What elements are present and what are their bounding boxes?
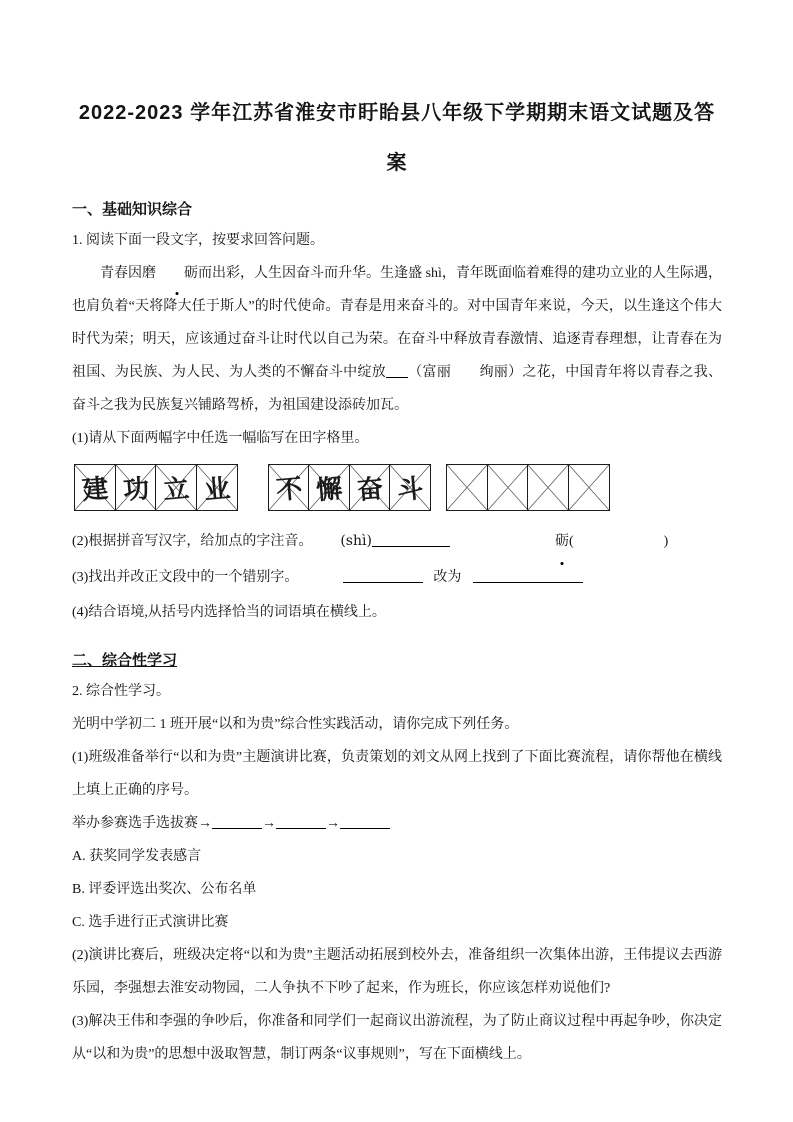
grid-diagonals-icon (447, 465, 487, 510)
arrow-icon: → (262, 816, 276, 831)
q1-sub2-label: (2)根据拼音写汉字，给加点的字注音。 (72, 534, 312, 549)
grid-cell-empty (487, 464, 529, 511)
grid-cell-empty (568, 464, 610, 511)
grid-cell: 功 (115, 464, 157, 511)
q1-stem: 1. 阅读下面一段文字，按要求回答问题。 (72, 224, 722, 257)
grid-group-jiangongliye: 建 功 立 业 (74, 464, 238, 511)
q1-sub2: (2)根据拼音写汉字，给加点的字注音。(shì)砺() (72, 523, 722, 560)
section2-heading: 二、综合性学习 (72, 647, 722, 675)
q1-sub3-mid: 改为 (433, 570, 461, 585)
grid-cell-empty (446, 464, 488, 511)
grid-character: 建 (73, 463, 117, 511)
grid-character: 不 (267, 463, 311, 511)
section1-heading: 一、基础知识综合 (72, 196, 722, 224)
answer-blank (343, 567, 423, 583)
q2-intro: 光明中学初二 1 班开展“以和为贵”综合性实践活动，请你完成下列任务。 (72, 708, 722, 741)
answer-blank (276, 813, 326, 829)
option-c: C. 选手进行正式演讲比赛 (72, 906, 722, 939)
grid-cell-empty (527, 464, 569, 511)
grid-cell: 奋 (349, 464, 391, 511)
grid-character: 立 (154, 463, 198, 511)
answer-blank (340, 813, 390, 829)
q1-passage: 青春因磨砺而出彩，人生因奋斗而升华。生逢盛 shì，青年既面临着难得的建功立业的… (72, 257, 722, 422)
grid-cell: 立 (155, 464, 197, 511)
passage-text-1: 青春因磨 (100, 266, 156, 281)
grid-character: 懈 (307, 463, 351, 511)
q1-sub1: (1)请从下面两幅字中任选一幅临写在田字格里。 (72, 422, 722, 455)
q2-sub1: (1)班级准备举行“以和为贵”主题演讲比赛，负责策划的刘文从网上找到了下面比赛流… (72, 741, 722, 807)
answer-blank (473, 567, 583, 583)
q2-sub2: (2)演讲比赛后，班级决定将“以和为贵”主题活动拓展到校外去，准备组织一次集体出… (72, 939, 722, 1005)
q2-stem: 2. 综合性学习。 (72, 675, 722, 708)
q1-sub3: (3)找出并改正文段中的一个错别字。改为 (72, 560, 722, 596)
grid-diagonals-icon (488, 465, 528, 510)
arrow-icon: → (326, 816, 340, 831)
pinyin-prompt: (shì) (340, 533, 372, 549)
paren-close: ) (664, 534, 669, 549)
grid-character: 功 (114, 463, 158, 511)
copybook-grids: 建 功 立 业 不 懈 (74, 464, 722, 511)
paren-open: ( (569, 534, 574, 549)
q1-sub4: (4)结合语境,从括号内选择恰当的词语填在横线上。 (72, 596, 722, 629)
grid-character: 斗 (388, 463, 432, 511)
grid-character: 业 (195, 463, 239, 511)
dotted-character-li: 砺 (156, 257, 198, 290)
grid-diagonals-icon (569, 465, 609, 510)
arrow-icon: → (198, 816, 212, 831)
q1-sub3-label: (3)找出并改正文段中的一个错别字。 (72, 570, 298, 585)
page-title: 2022-2023 学年江苏省淮安市盱眙县八年级下学期期末语文试题及答案 (72, 88, 722, 188)
grid-cell: 不 (268, 464, 310, 511)
answer-blank (372, 531, 450, 547)
option-a: A. 获奖同学发表感言 (72, 840, 722, 873)
grid-group-buxiefendou: 不 懈 奋 斗 (268, 464, 432, 511)
q2-sub3: (3)解决王伟和李强的争吵后，你准备和同学们一起商议出游流程，为了防止商议过程中… (72, 1005, 722, 1071)
grid-cell: 懈 (308, 464, 350, 511)
grid-character: 奋 (348, 463, 392, 511)
grid-cell: 斗 (389, 464, 431, 511)
dotted-character-li: 砺 (555, 524, 569, 560)
grid-diagonals-icon (528, 465, 568, 510)
grid-cell: 业 (196, 464, 238, 511)
answer-blank (212, 813, 262, 829)
grid-cell: 建 (74, 464, 116, 511)
exam-document-page: 2022-2023 学年江苏省淮安市盱眙县八年级下学期期末语文试题及答案 一、基… (0, 0, 793, 1122)
option-b: B. 评委评选出奖次、公布名单 (72, 873, 722, 906)
flow-label: 举办参赛选手选拔赛 (72, 816, 198, 831)
grid-group-empty (446, 464, 610, 511)
q2-flow-line: 举办参赛选手选拔赛→→→ (72, 807, 722, 840)
answer-blank-inline (386, 362, 408, 378)
